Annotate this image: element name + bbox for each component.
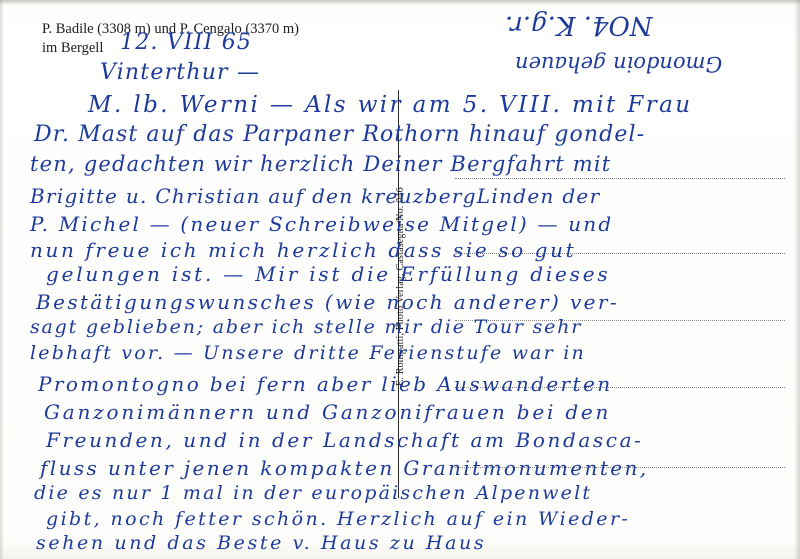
upside-down-note-line-1: NO4. K.g.r.: [505, 10, 653, 40]
handwritten-line: Freunden, und in der Landschaft am Bonda…: [46, 428, 643, 452]
handwritten-date: 12. VIII 65: [120, 30, 252, 55]
handwritten-line: ten, gedachten wir herzlich Deiner Bergf…: [30, 152, 611, 176]
handwritten-line: gelungen ist. — Mir ist die Erfüllung di…: [46, 262, 610, 286]
handwritten-line: Brigitte u. Christian auf den kreuzbergL…: [30, 184, 600, 208]
handwritten-line: Promontogno bei fern aber lieb Auswander…: [38, 372, 612, 396]
handwritten-line: gibt, noch fetter schön. Herzlich auf ei…: [46, 508, 630, 530]
handwritten-line: nun freue ich mich herzlich dass sie so …: [30, 238, 576, 262]
handwritten-line: Bestätigungswunsches (wie noch anderer) …: [36, 290, 619, 314]
handwritten-line: Dr. Mast auf das Parpaner Rothorn hinauf…: [34, 122, 645, 147]
handwritten-line: lebhaft vor. — Unsere dritte Ferienstufe…: [30, 342, 586, 364]
address-line: [455, 178, 785, 179]
handwritten-line: Ganzonimännern und Ganzonifrauen bei den: [44, 400, 611, 424]
card-edge-right: [794, 0, 800, 559]
handwritten-line: M. lb. Werni — Als wir am 5. VIII. mit F…: [88, 92, 692, 118]
card-edge-left: [0, 0, 4, 559]
card-edge-top: [0, 0, 800, 5]
handwritten-line: sagt geblieben; aber ich stelle mir die …: [30, 316, 582, 338]
handwritten-line: fluss unter jenen kompakten Granitmonume…: [40, 456, 649, 480]
handwritten-place: Vinterthur —: [100, 60, 260, 85]
handwritten-line: die es nur 1 mal in der europäischen Alp…: [34, 482, 592, 504]
postcard-back: P. Badile (3308 m) und P. Cengalo (3370 …: [0, 0, 800, 559]
handwritten-line: sehen und das Beste v. Haus zu Haus: [36, 532, 486, 554]
upside-down-note-line-2: Gmondoin gehauen: [515, 52, 722, 76]
handwritten-line: P. Michel — (neuer Schreibweise Mitgel) …: [30, 212, 613, 236]
